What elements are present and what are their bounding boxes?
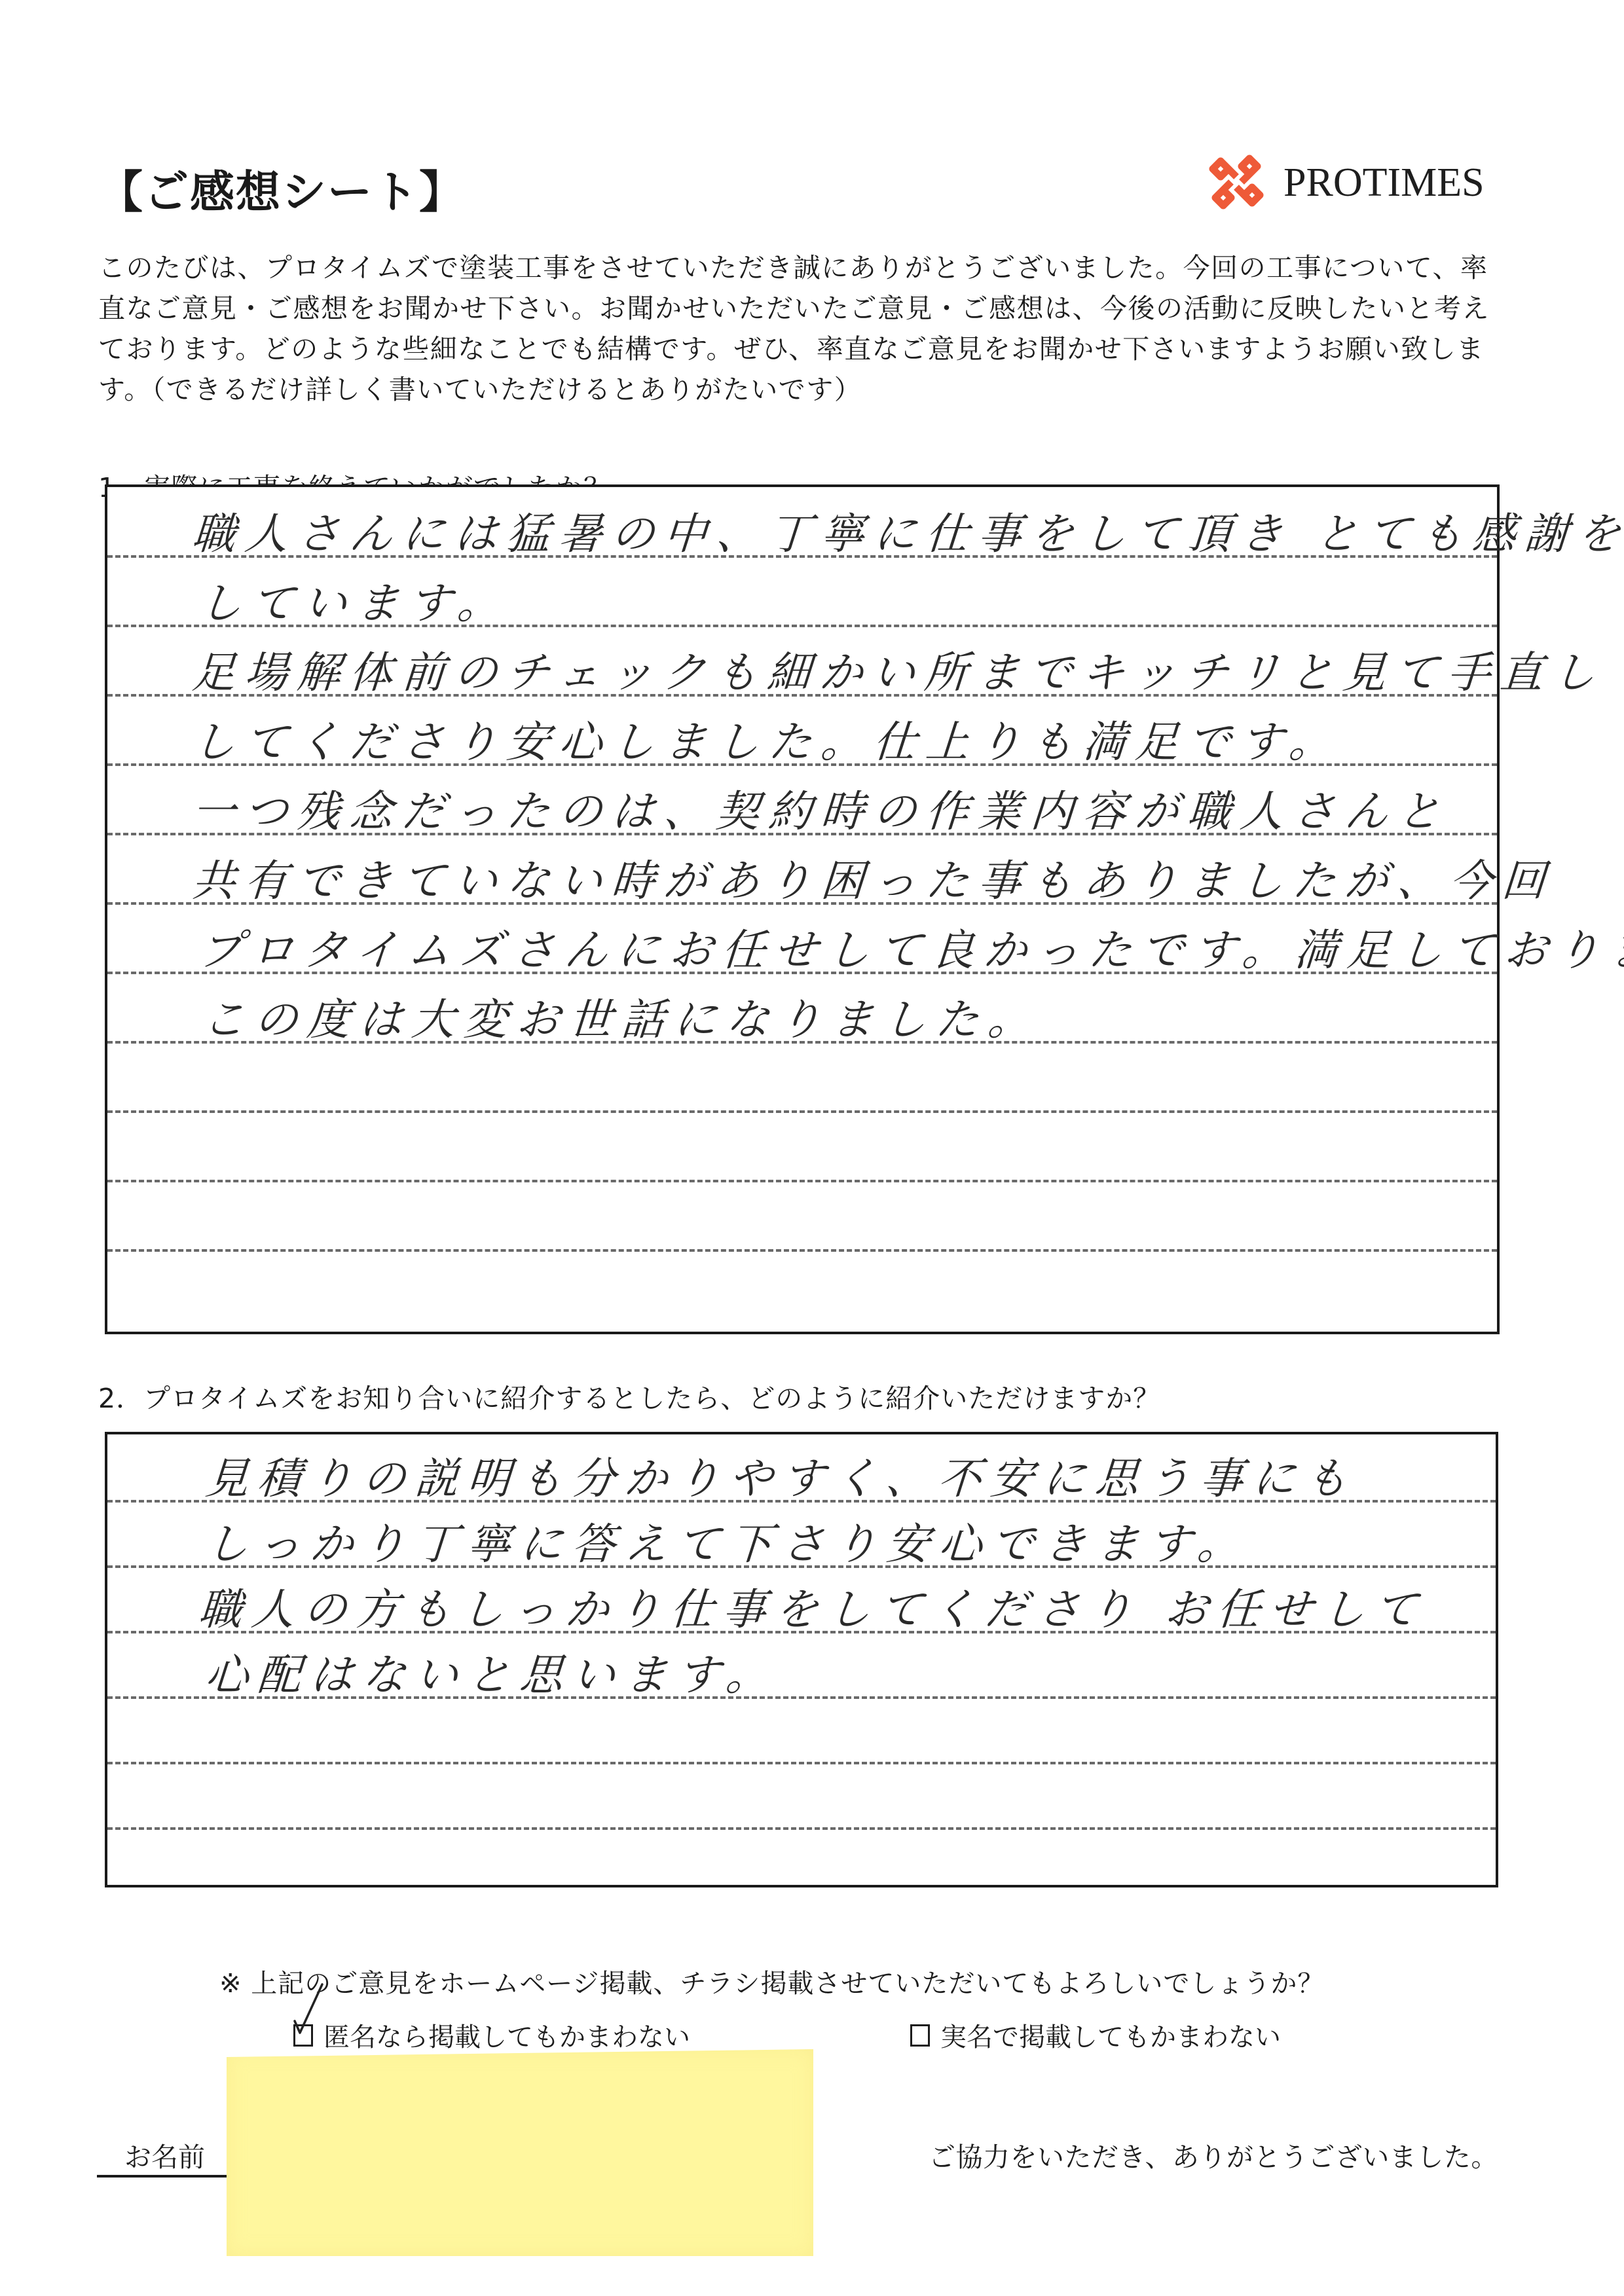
handwritten-line: 職人の方もしっかり仕事をしてくださり お任せして [197, 1575, 1430, 1637]
intro-line: このたびは、プロタイムズで塗装工事をさせていただき誠にありがとうございました。今… [98, 247, 1500, 288]
checkbox-real-name[interactable] [910, 2024, 930, 2047]
handwritten-line: しています。 [197, 568, 512, 630]
answer-1-box[interactable]: 職人さんには猛暑の中、丁寧に仕事をして頂き とても感謝を しています。 足場解体… [105, 484, 1500, 1334]
name-redaction-sticky-note [227, 2049, 813, 2256]
handwritten-line: しっかり丁寧に答えて下さり安心できます。 [204, 1509, 1252, 1571]
ruled-line [107, 1762, 1496, 1764]
consent-option-real-name[interactable]: 実名で掲載してもかまわない [910, 2016, 1281, 2054]
handwritten-line: プロタイムズさんにお任せして良かったです。満足しております。 [197, 915, 1624, 977]
handwritten-line: してくださり安心しました。仕上りも満足です。 [191, 707, 1344, 769]
handwritten-check-icon [275, 1980, 327, 2039]
handwritten-line: 足場解体前のチェックも細かい所までキッチリと見て手直し [191, 638, 1607, 700]
name-underline [97, 2175, 228, 2178]
ruled-line [107, 1249, 1497, 1252]
ruled-line [107, 1110, 1497, 1113]
protimes-logo: PROTIMES [1197, 143, 1505, 221]
handwritten-line: 共有できていない時があり困った事もありましたが、今回 [191, 846, 1557, 908]
option-label: 匿名なら掲載してもかまわない [323, 2016, 690, 2054]
thanks-message: ご協力をいただき、ありがとうございました。 [929, 2136, 1498, 2174]
name-label: お名前 [124, 2136, 205, 2174]
page-title: 【ご感想シート】 [98, 157, 465, 221]
intro-line: す。（できるだけ詳しく書いていただけるとありがたいです） [98, 369, 1500, 410]
intro-paragraph: このたびは、プロタイムズで塗装工事をさせていただき誠にありがとうございました。今… [98, 247, 1500, 410]
intro-line: 直なご意見・ご感想をお聞かせ下さい。お聞かせいただいたご意見・ご感想は、今後の活… [98, 288, 1500, 329]
four-p-cross-logo-icon [1197, 143, 1276, 221]
ruled-line [107, 1827, 1496, 1830]
intro-line: ております。どのような些細なことでも結構です。ぜひ、率直なご意見をお聞かせ下さい… [98, 329, 1500, 369]
handwritten-line: この度は大変お世話になりました。 [200, 985, 1043, 1047]
handwritten-line: 心配はないと思います。 [204, 1640, 781, 1702]
consent-question: ※ 上記のご意見をホームページ掲載、チラシ掲載させていただいてもよろしいでしょう… [219, 1963, 1324, 2000]
consent-option-anonymous[interactable]: 匿名なら掲載してもかまわない [293, 2016, 690, 2054]
ruled-line [107, 1180, 1497, 1182]
answer-2-box[interactable]: 見積りの説明も分かりやすく、不安に思う事にも しっかり丁寧に答えて下さり安心でき… [105, 1432, 1498, 1887]
handwritten-line: 職人さんには猛暑の中、丁寧に仕事をして頂き とても感謝を [191, 499, 1624, 561]
option-label: 実名で掲載してもかまわない [940, 2016, 1281, 2054]
logo-wordmark: PROTIMES [1283, 160, 1485, 206]
handwritten-line: 見積りの説明も分かりやすく、不安に思う事にも [204, 1444, 1359, 1506]
question-2-label: 2．プロタイムズをお知り合いに紹介するとしたら、どのように紹介いただけますか？ [98, 1377, 1160, 1415]
handwritten-line: 一つ残念だったのは、契約時の作業内容が職人さんと [191, 776, 1452, 839]
